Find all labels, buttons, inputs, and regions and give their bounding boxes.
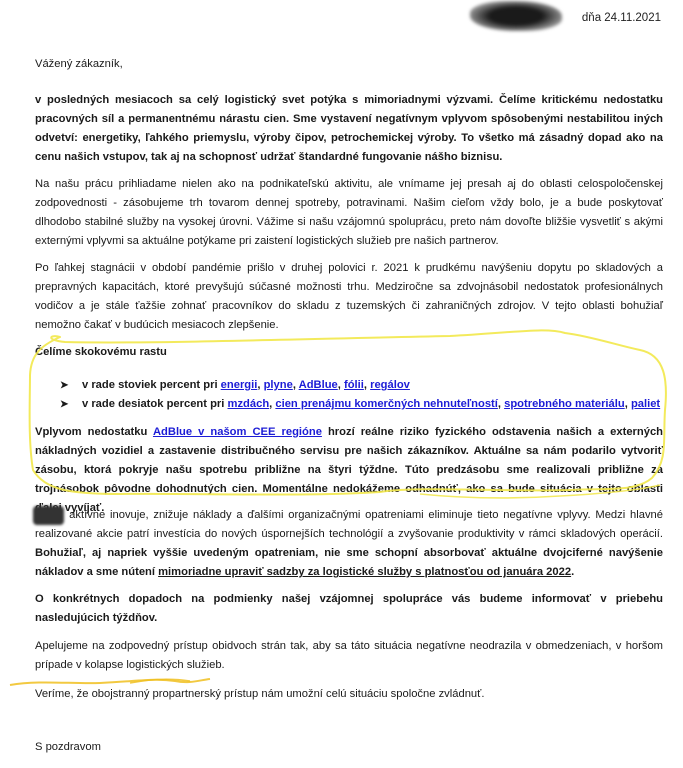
arrow-bullet-icon: ➤ (60, 395, 82, 414)
closing: S pozdravom (35, 738, 663, 757)
link-plyne[interactable]: plyne (264, 379, 293, 391)
paragraph-stagnation: Po ľahkej stagnácii v období pandémie pr… (35, 259, 663, 335)
paragraph-believe: Veríme, že obojstranný propartnerský prí… (35, 685, 663, 704)
letter-date: V Malacky/Senci, dňa 24.11.2021 (491, 9, 662, 28)
paragraph-appeal: Apelujeme na zodpovedný prístup obidvoch… (35, 637, 663, 675)
rate-change-notice: mimoriadne upraviť sadzby za logistické … (158, 566, 571, 578)
link-mzdach[interactable]: mzdách (228, 398, 270, 410)
link-folii[interactable]: fólii (344, 379, 364, 391)
bullet-tens: ➤v rade desiatok percent pri mzdách, cie… (60, 395, 670, 414)
bullet-hundreds: ➤v rade stoviek percent pri energii, ply… (60, 376, 670, 395)
paragraph-hopi: HOPI aktívne inovuje, znižuje náklady a … (35, 506, 663, 582)
link-regalov[interactable]: regálov (370, 379, 410, 391)
arrow-bullet-icon: ➤ (60, 376, 82, 395)
link-spotrebneho-materialu[interactable]: spotrebného materiálu (504, 398, 625, 410)
link-cien-prenajmu[interactable]: cien prenájmu komerčných nehnuteľností (275, 398, 498, 410)
salutation: Vážený zákazník, (35, 55, 663, 74)
growth-heading: Čelíme skokovému rastu (35, 343, 663, 362)
paragraph-responsibility: Na našu prácu prihliadame nielen ako na … (35, 175, 663, 251)
growth-bullet-list: ➤v rade stoviek percent pri energii, ply… (60, 376, 670, 414)
link-energii[interactable]: energii (221, 379, 258, 391)
paragraph-inform: O konkrétnych dopadoch na podmienky naše… (35, 590, 663, 628)
redacted-company-name: HOPI (33, 506, 64, 525)
link-paliet[interactable]: paliet (631, 398, 660, 410)
link-adblue[interactable]: AdBlue (299, 379, 338, 391)
paragraph-adblue: Vplyvom nedostatku AdBlue v našom CEE re… (35, 423, 663, 518)
link-adblue-cee[interactable]: AdBlue v našom CEE regióne (153, 426, 322, 438)
letter-page: V Malacky/Senci, dňa 24.11.2021 Vážený z… (0, 0, 683, 768)
paragraph-intro: v posledných mesiacoch sa celý logistick… (35, 91, 663, 167)
